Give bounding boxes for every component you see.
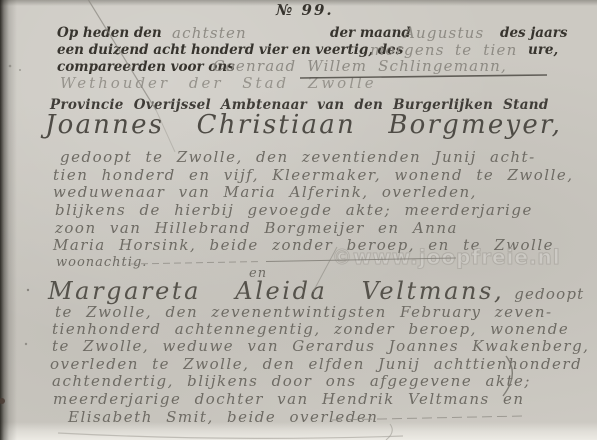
intro-line1-form-c: des jaars	[500, 25, 567, 41]
intro-line1-form-a: Op heden den	[57, 25, 162, 41]
bride-name-suffix: gedoopt	[514, 285, 584, 303]
groom-line: tien honderd en vijf, Kleermaker, wonend…	[53, 166, 574, 184]
intro-line2-form-a: een duizend acht honderd vier en veertig…	[57, 42, 403, 58]
bride-line: te Zwolle, weduwe van Gerardus Joannes K…	[52, 337, 589, 355]
groom-line-last: woonachtig.	[56, 255, 147, 270]
intro-line3-fill-registrar: Coenraad Willem Schlingemann,	[213, 57, 507, 75]
groom-name: Joannes Christiaan Borgmeyer,	[45, 110, 562, 140]
intro-line1-form-b: der maand	[330, 25, 411, 41]
groom-line: zoon van Hillebrand Borgmeijer en Anna	[55, 219, 458, 237]
bride-line: tienhonderd achtennegentig, zonder beroe…	[52, 320, 569, 338]
bride-line: achtendertig, blijkens door ons afgegeve…	[52, 372, 531, 390]
bride-name: Margareta Aleida Veltmans,	[48, 277, 504, 305]
bride-name-line: Margareta Aleida Veltmans,gedoopt	[48, 277, 584, 305]
bride-line: te Zwolle, den zevenentwintigsten Februa…	[55, 303, 553, 321]
groom-line: weduwenaar van Maria Alferink, overleden…	[53, 183, 477, 201]
bride-line: overleden te Zwolle, den elfden Junij ac…	[50, 355, 582, 373]
bride-line: meerderjarige dochter van Hendrik Veltma…	[53, 390, 525, 408]
watermark-text: ©www.joopfreie.nl	[332, 245, 561, 269]
intro-line3-form: compareerden voor ons	[57, 59, 235, 75]
scanned-marriage-act-page: № 99. Op heden den achtsten der maand Au…	[0, 0, 597, 440]
intro-line1-fill-day: achtsten	[172, 24, 247, 42]
groom-line: blijkens de hierbij gevoegde akte; meerd…	[55, 201, 533, 219]
act-number: № 99.	[276, 1, 334, 19]
intro-line1-fill-month: Augustus	[404, 24, 484, 42]
intro-line2-form-b: ure,	[528, 42, 558, 58]
bride-line-last: Elisabeth Smit, beide overleden	[68, 408, 378, 426]
groom-line: gedoopt te Zwolle, den zeventienden Juni…	[60, 148, 536, 166]
intro-line4-fill-title: Wethouder der Stad Zwolle	[60, 74, 377, 92]
